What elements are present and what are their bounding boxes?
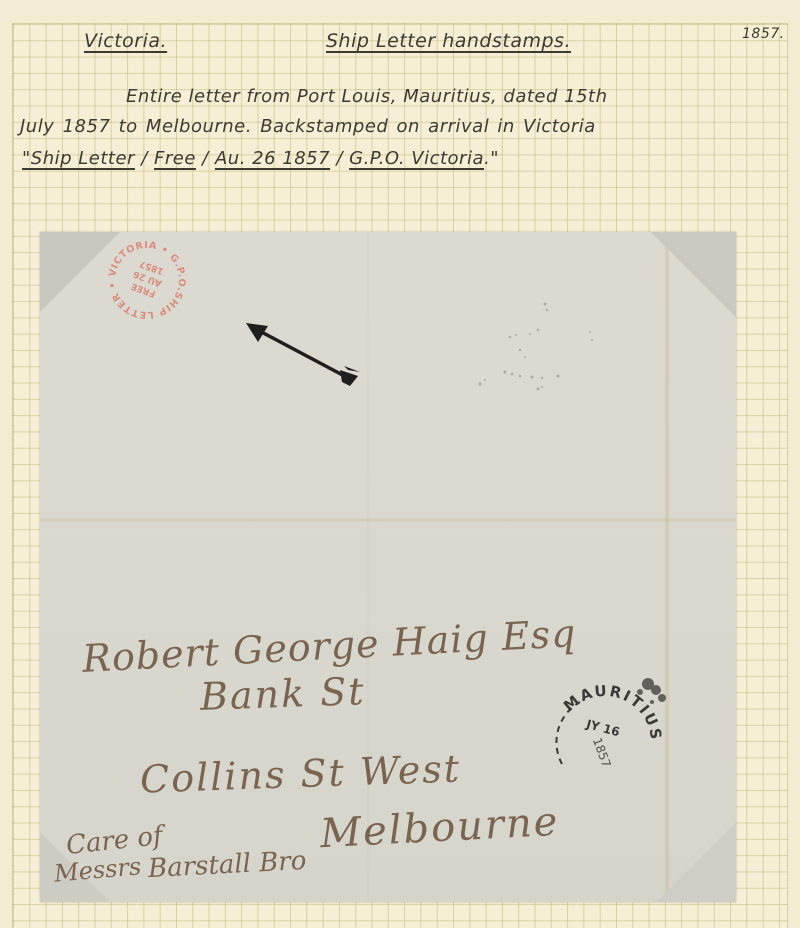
page-year: 1857. [742,26,785,42]
faint-postmark-marks [450,292,600,402]
page-heading-victoria: Victoria. [84,30,167,52]
svg-text:1857: 1857 [590,736,614,769]
photo-mount-corner-top-right [651,232,736,317]
photo-mount-corner-bottom-right [656,822,736,902]
care-of-line-3: Barstall Bro [147,846,307,884]
separator: / [141,148,148,169]
description-line-3: "Ship Letter / Free / Au. 26 1857 / G.P.… [22,148,499,169]
description-line-1: Entire letter from Port Louis, Mauritius… [126,86,608,107]
closing-quote: ." [484,148,499,169]
address-line-city: Melbourne [319,799,561,857]
address-line-street: Bank St [199,669,366,719]
heading-text: Ship Letter handstamps. [326,30,571,52]
free-text: Free [154,148,196,169]
entire-letter-cover: SHIP LETTER • VICTORIA • G.P.O. FREE AU … [40,232,736,902]
ship-letter-text: "Ship Letter [22,148,135,169]
date-text: Au. 26 1857 [215,148,330,169]
separator: / [336,148,343,169]
gpo-victoria-text: G.P.O. Victoria [349,148,484,169]
address-line-collins-st: Collins St West [139,746,461,801]
page-heading-ship-letter: Ship Letter handstamps. [326,30,571,52]
description-line-2: July 1857 to Melbourne. Backstamped on a… [20,116,596,137]
separator: / [202,148,209,169]
horizontal-fold [40,518,736,522]
black-mauritius-postmark: MAURITIUS JY 16 1857 [540,672,670,802]
arrow-icon [244,320,364,390]
vertical-fold-center [366,232,370,902]
